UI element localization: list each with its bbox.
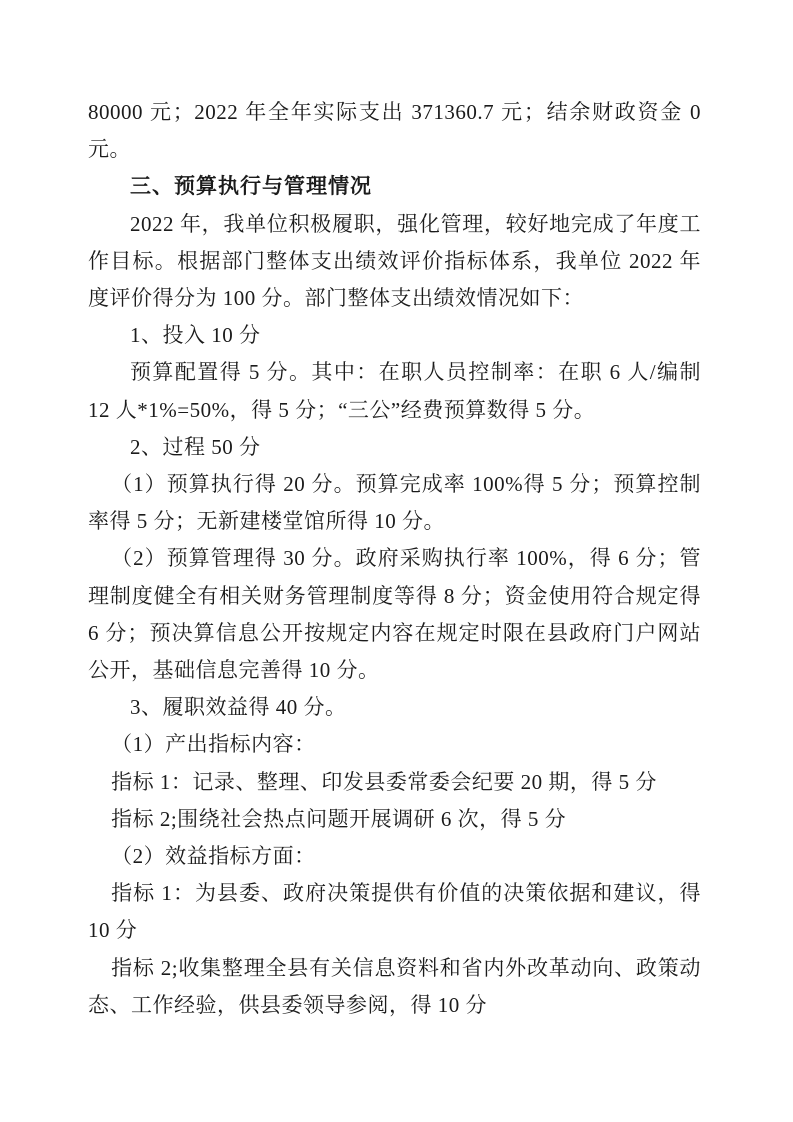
paragraph-benefit-indicator-1: 指标 1：为县委、政府决策提供有价值的决策依据和建议，得 10 分 [88,875,701,949]
paragraph-input-score: 1、投入 10 分 [88,317,701,354]
paragraph-overview: 2022 年，我单位积极履职，强化管理，较好地完成了年度工作目标。根据部门整体支… [88,206,701,318]
document-page: 80000 元；2022 年全年实际支出 371360.7 元；结余财政资金 0… [0,0,793,1122]
paragraph-budget-management: （2）预算管理得 30 分。政府采购执行率 100%，得 6 分；管理制度健全有… [88,540,701,689]
section-heading: 三、预算执行与管理情况 [88,168,701,205]
paragraph-benefit-indicator-2: 指标 2;收集整理全县有关信息资料和省内外改革动向、政策动态、工作经验，供县委领… [88,950,701,1024]
document-body: 80000 元；2022 年全年实际支出 371360.7 元；结余财政资金 0… [88,94,701,1024]
paragraph-process-score: 2、过程 50 分 [88,429,701,466]
paragraph-performance-score: 3、履职效益得 40 分。 [88,689,701,726]
paragraph-carryover: 80000 元；2022 年全年实际支出 371360.7 元；结余财政资金 0… [88,94,701,168]
paragraph-output-indicator-1: 指标 1：记录、整理、印发县委常委会纪要 20 期，得 5 分 [88,764,701,801]
paragraph-budget-execution: （1）预算执行得 20 分。预算完成率 100%得 5 分；预算控制率得 5 分… [88,466,701,540]
paragraph-benefit-indicators-title: （2）效益指标方面： [88,838,701,875]
paragraph-output-indicators-title: （1）产出指标内容： [88,726,701,763]
paragraph-output-indicator-2: 指标 2;围绕社会热点问题开展调研 6 次，得 5 分 [88,801,701,838]
paragraph-budget-allocation: 预算配置得 5 分。其中：在职人员控制率：在职 6 人/编制 12 人*1%=5… [88,354,701,428]
